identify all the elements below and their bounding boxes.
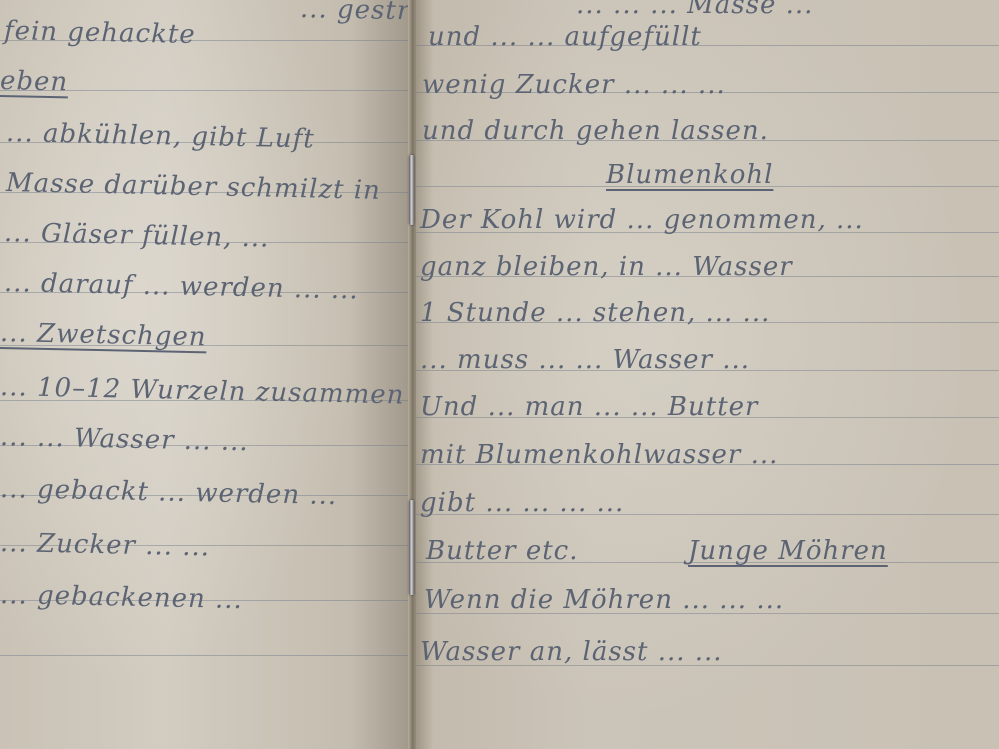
handwritten-line: Masse darüber schmilzt in — [6, 168, 381, 206]
handwritten-line: eben — [0, 66, 68, 97]
handwritten-line: fein gehackte — [4, 16, 196, 50]
handwritten-line: Der Kohl wird ... genommen, ... — [420, 205, 864, 235]
handwritten-line: ... darauf ... werden ... ... — [4, 268, 359, 305]
handwritten-line: wenig Zucker ... ... ... — [422, 70, 726, 100]
handwritten-line: gibt ... ... ... ... — [420, 488, 624, 518]
staple — [409, 500, 414, 595]
handwritten-line: und durch gehen lassen. — [422, 116, 769, 146]
handwritten-line: ... abkühlen, gibt Luft — [6, 118, 315, 154]
handwritten-line: ... gestreckt — [300, 0, 412, 28]
handwritten-line: ... ... ... Masse ... — [576, 0, 813, 20]
handwritten-line: ... gebackenen ... — [0, 580, 243, 615]
handwritten-line: ... Zucker ... ... — [0, 528, 210, 562]
handwritten-heading: Blumenkohl — [606, 160, 773, 190]
handwritten-line: und ... ... aufgefüllt — [428, 22, 702, 52]
handwritten-heading: Junge Möhren — [688, 536, 888, 566]
handwritten-line: ... Gläser füllen, ... — [4, 218, 270, 254]
handwritten-heading: ... Zwetschgen — [0, 318, 207, 352]
handwritten-line: mit Blumenkohlwasser ... — [420, 440, 778, 470]
left-page: ... gestreckt fein gehackte eben ... abk… — [0, 0, 412, 749]
handwritten-line: Wenn die Möhren ... ... ... — [424, 585, 784, 615]
handwritten-line: ... gebackt ... werden ... — [0, 474, 337, 511]
handwritten-line: Und ... man ... ... Butter — [420, 392, 758, 422]
staple — [409, 155, 414, 225]
handwritten-line: ganz bleiben, in ... Wasser — [420, 252, 793, 282]
handwritten-line: ... muss ... ... Wasser ... — [420, 345, 750, 375]
handwritten-line: Butter etc. — [426, 536, 579, 566]
right-page: ... ... ... Masse ... und ... ... aufgef… — [416, 0, 999, 749]
handwritten-line: Wasser an, lässt ... ... — [420, 637, 723, 667]
handwritten-line: ... 10–12 Wurzeln zusammen — [0, 372, 405, 410]
handwritten-line: ... ... Wasser ... ... — [0, 422, 249, 457]
notebook-photo: ... gestreckt fein gehackte eben ... abk… — [0, 0, 999, 749]
handwritten-line: 1 Stunde ... stehen, ... ... — [420, 298, 770, 328]
